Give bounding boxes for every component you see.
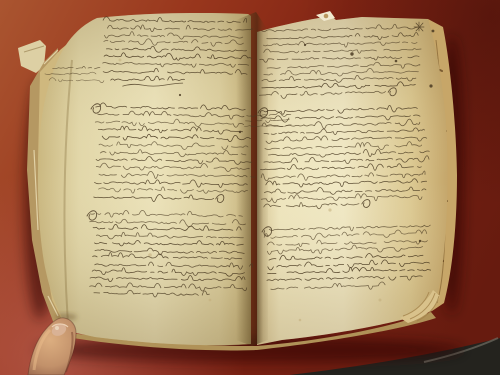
ink-blot	[350, 52, 353, 55]
left-page-shading	[38, 13, 251, 345]
ink-blot	[239, 131, 241, 133]
thumb-nail-shine	[55, 326, 59, 330]
photo-open-manuscript	[0, 0, 500, 375]
ink-blot	[324, 14, 329, 19]
ink-blot	[304, 44, 306, 46]
ink-blot	[432, 30, 435, 33]
right-page-shading	[257, 16, 448, 345]
ink-blot	[395, 60, 398, 63]
ink-blot	[179, 94, 181, 96]
ink-blot	[429, 84, 432, 87]
gutter-shadow	[236, 12, 268, 346]
ink-blot	[419, 240, 421, 242]
